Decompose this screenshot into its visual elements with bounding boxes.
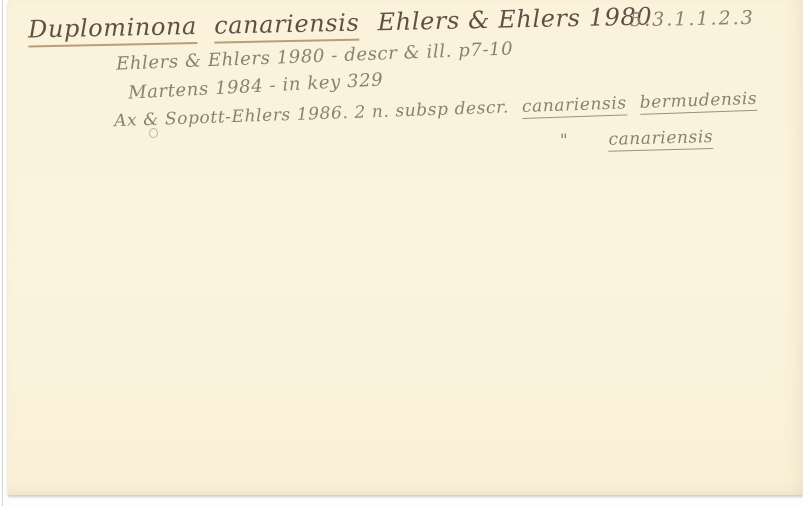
index-card: Duplominona canariensis Ehlers & Ehlers … xyxy=(8,0,803,495)
reference-text: Ax & Sopott-Ehlers 1986. 2 n. subsp desc… xyxy=(114,97,509,131)
catalog-number: 5.3.1.1.2.3 xyxy=(630,7,755,31)
subspecies-name: canariensis xyxy=(608,127,713,152)
reference-entry: " canariensis xyxy=(560,127,714,151)
subspecies-name: bermudensis xyxy=(639,89,757,115)
reference-entry: Martens 1984 - in key 329 xyxy=(128,69,384,103)
ditto-mark: " xyxy=(560,131,569,151)
genus-name: Duplominona xyxy=(28,12,198,48)
subspecies-name: canariensis xyxy=(522,93,628,119)
stray-pencil-mark xyxy=(149,128,158,138)
species-name: canariensis xyxy=(214,9,360,44)
taxon-authority: Ehlers & Ehlers 1980 xyxy=(377,2,652,36)
taxon-heading: Duplominona canariensis Ehlers & Ehlers … xyxy=(28,2,653,43)
scanned-document: Duplominona canariensis Ehlers & Ehlers … xyxy=(0,0,803,506)
